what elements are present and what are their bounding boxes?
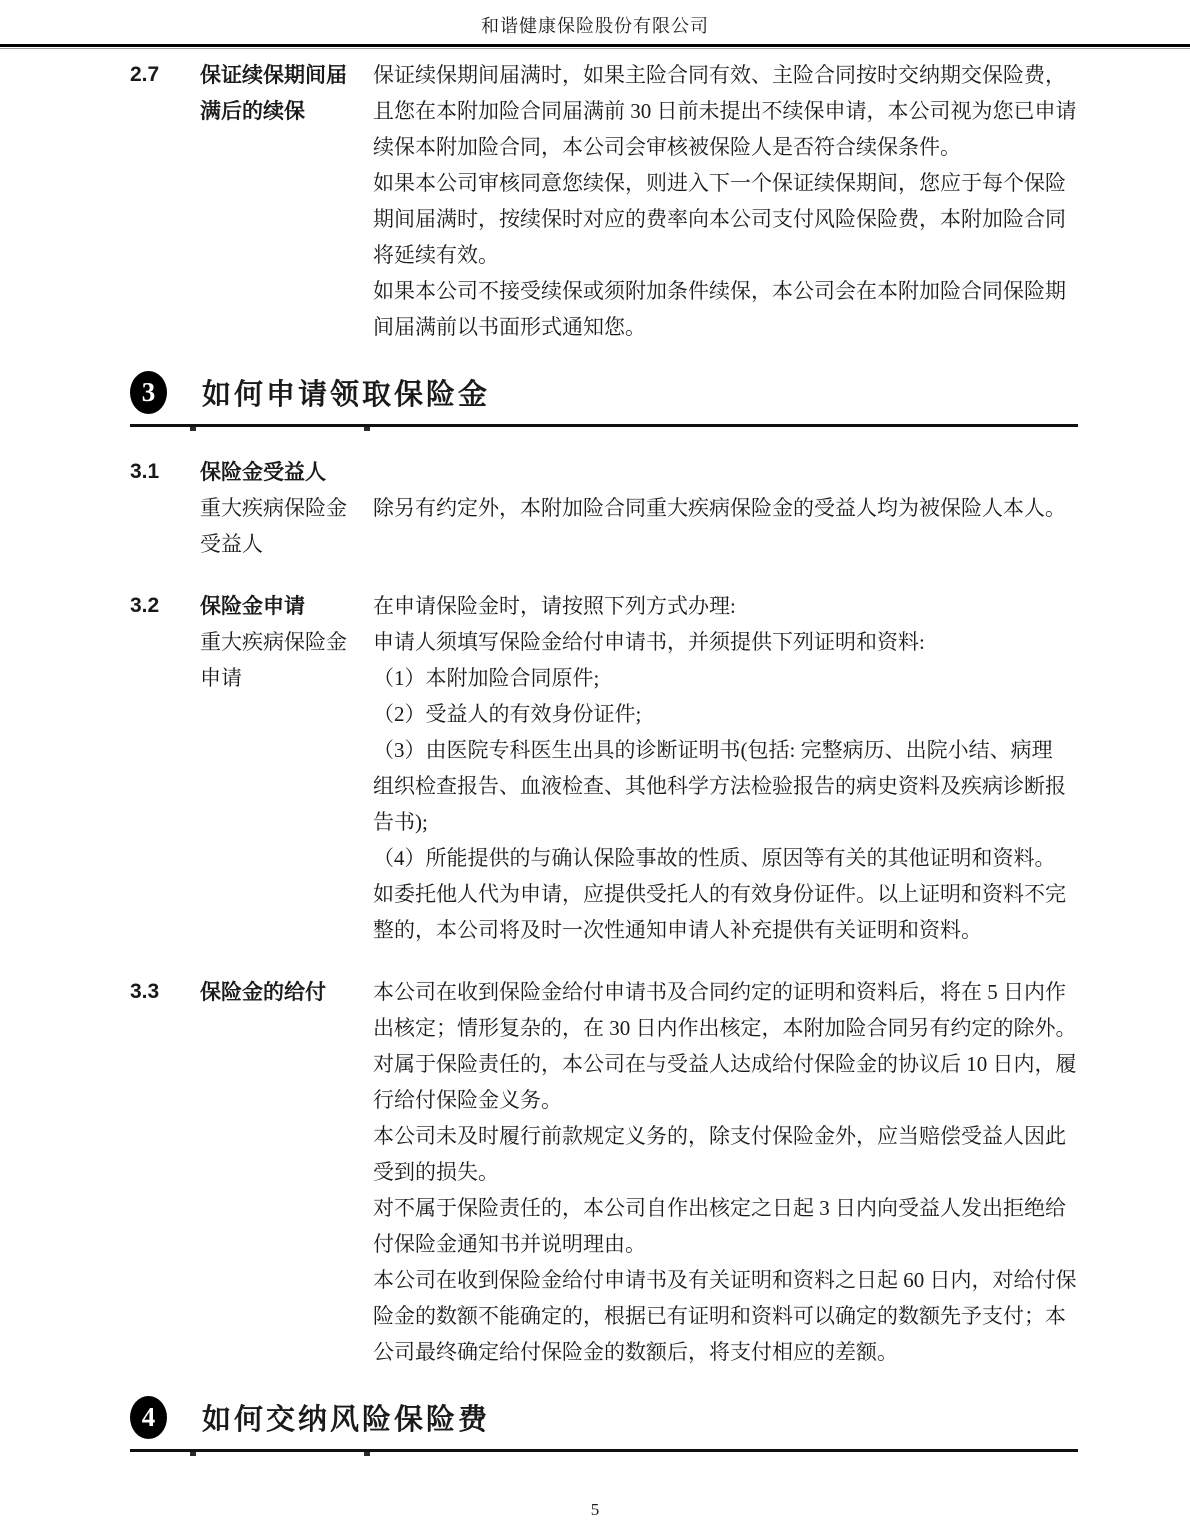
- page-header: 和谐健康保险股份有限公司: [0, 0, 1190, 49]
- clause-label: [200, 1118, 373, 1154]
- clause-number: [130, 804, 200, 840]
- clause-label: [200, 1298, 373, 1334]
- clause-text-line: 保证续保期间届满时，如果主险合同有效、主险合同按时交纳期交保险费，: [373, 57, 1078, 93]
- clause-text-line: 告书);: [373, 804, 1078, 840]
- clause-text-line: （4）所能提供的与确认保险事故的性质、原因等有关的其他证明和资料。: [373, 840, 1078, 876]
- clause-label: [200, 273, 373, 309]
- clause-number: [130, 1334, 200, 1370]
- clause-text-line: 险金的数额不能确定的，根据已有证明和资料可以确定的数额先予支付；本: [373, 1298, 1078, 1334]
- clause-text-line: 对属于保险责任的，本公司在与受益人达成给付保险金的协议后 10 日内，履: [373, 1046, 1078, 1082]
- clause-text-line: 本公司在收到保险金给付申请书及合同约定的证明和资料后，将在 5 日内作: [373, 974, 1078, 1010]
- clause-label: 受益人: [200, 526, 373, 562]
- clause-row: 2.7 保证续保期间届 保证续保期间届满时，如果主险合同有效、主险合同按时交纳期…: [130, 57, 1078, 93]
- clause-number: [130, 1298, 200, 1334]
- tab-stop-mark: [364, 427, 370, 431]
- clause-number: [130, 273, 200, 309]
- clause-label: [200, 1046, 373, 1082]
- clause-label: [200, 732, 373, 768]
- clause-label: [200, 840, 373, 876]
- clause-number: [130, 490, 200, 526]
- clause-row: 对不属于保险责任的，本公司自作出核定之日起 3 日内向受益人发出拒绝给: [130, 1190, 1078, 1226]
- clause-number: [130, 1262, 200, 1298]
- clause-text-line: 间届满前以书面形式通知您。: [373, 309, 1078, 345]
- clause-row: 申请 （1）本附加险合同原件;: [130, 660, 1078, 696]
- clause-row: 本公司未及时履行前款规定义务的，除支付保险金外，应当赔偿受益人因此: [130, 1118, 1078, 1154]
- clause-row: 3.1 保险金受益人: [130, 454, 1078, 490]
- section-number-badge: 3: [130, 371, 167, 414]
- section-title: 如何申请领取保险金: [202, 372, 490, 413]
- clause-number: [130, 1082, 200, 1118]
- page-footer: 5: [0, 1500, 1190, 1520]
- clause-number: [130, 840, 200, 876]
- clause-label: [200, 309, 373, 345]
- clause-text-line: 本公司未及时履行前款规定义务的，除支付保险金外，应当赔偿受益人因此: [373, 1118, 1078, 1154]
- clause-label: 保险金受益人: [200, 454, 373, 490]
- clause-text-line: 续保本附加险合同，本公司会审核被保险人是否符合续保条件。: [373, 129, 1078, 165]
- clause-row: 付保险金通知书并说明理由。: [130, 1226, 1078, 1262]
- section-number-badge: 4: [130, 1396, 167, 1439]
- clause-label: [200, 696, 373, 732]
- clause-text-line: 受到的损失。: [373, 1154, 1078, 1190]
- clause-number: [130, 1118, 200, 1154]
- clause-text-line: 如果本公司不接受续保或须附加条件续保，本公司会在本附加险合同保险期: [373, 273, 1078, 309]
- clause-number: [130, 93, 200, 129]
- clause-label: 申请: [200, 660, 373, 696]
- clause-row: 险金的数额不能确定的，根据已有证明和资料可以确定的数额先予支付；本: [130, 1298, 1078, 1334]
- clause-label: [200, 1082, 373, 1118]
- clause-row: 重大疾病保险金 申请人须填写保险金给付申请书，并须提供下列证明和资料:: [130, 624, 1078, 660]
- clause-row: 间届满前以书面形式通知您。: [130, 309, 1078, 345]
- clause-label: [200, 1154, 373, 1190]
- clause-label: [200, 804, 373, 840]
- clause-label: [200, 1190, 373, 1226]
- clause-number: [130, 660, 200, 696]
- clause-label: [200, 1334, 373, 1370]
- clause-text-line: 且您在本附加险合同届满前 30 日前未提出不续保申请，本公司视为您已申请: [373, 93, 1078, 129]
- clause-row: 3.3 保险金的给付 本公司在收到保险金给付申请书及合同约定的证明和资料后，将在…: [130, 974, 1078, 1010]
- clause-text-line: 对不属于保险责任的，本公司自作出核定之日起 3 日内向受益人发出拒绝给: [373, 1190, 1078, 1226]
- clause-label: [200, 876, 373, 912]
- clause-label: [200, 201, 373, 237]
- clause-label: 重大疾病保险金: [200, 490, 373, 526]
- clause-text-line: 本公司在收到保险金给付申请书及有关证明和资料之日起 60 日内，对给付保: [373, 1262, 1078, 1298]
- clause-text-line: 将延续有效。: [373, 237, 1078, 273]
- clause-text-line: 组织检查报告、血液检查、其他科学方法检验报告的病史资料及疾病诊断报: [373, 768, 1078, 804]
- tab-stop-mark: [190, 427, 196, 431]
- clause-label: [200, 768, 373, 804]
- clause-number: [130, 624, 200, 660]
- clause-row: 对属于保险责任的，本公司在与受益人达成给付保险金的协议后 10 日内，履: [130, 1046, 1078, 1082]
- clause-label: 重大疾病保险金: [200, 624, 373, 660]
- clause-number: [130, 696, 200, 732]
- clause-label: [200, 912, 373, 948]
- clause-row: 公司最终确定给付保险金的数额后，将支付相应的差额。: [130, 1334, 1078, 1370]
- tab-stop-mark: [364, 1452, 370, 1456]
- clause-text-line: 付保险金通知书并说明理由。: [373, 1226, 1078, 1262]
- clause-number: [130, 1226, 200, 1262]
- clause-2-7: 2.7 保证续保期间届 保证续保期间届满时，如果主险合同有效、主险合同按时交纳期…: [130, 57, 1078, 345]
- clause-row: 如果本公司不接受续保或须附加条件续保，本公司会在本附加险合同保险期: [130, 273, 1078, 309]
- clause-number: 3.2: [130, 588, 200, 624]
- clause-number: [130, 526, 200, 562]
- clause-text-line: 如果本公司审核同意您续保，则进入下一个保证续保期间，您应于每个保险: [373, 165, 1078, 201]
- section-heading-3: 3 如何申请领取保险金: [130, 371, 1078, 427]
- clause-label: 保险金申请: [200, 588, 373, 624]
- clause-row: 3.2 保险金申请 在申请保险金时，请按照下列方式办理:: [130, 588, 1078, 624]
- clause-number: [130, 165, 200, 201]
- clause-row: 行给付保险金义务。: [130, 1082, 1078, 1118]
- company-name: 和谐健康保险股份有限公司: [0, 12, 1190, 38]
- clause-label: [200, 1226, 373, 1262]
- tab-stop-mark: [190, 1452, 196, 1456]
- clause-3-3: 3.3 保险金的给付 本公司在收到保险金给付申请书及合同约定的证明和资料后，将在…: [130, 974, 1078, 1370]
- clause-number: [130, 876, 200, 912]
- clause-row: 整的，本公司将及时一次性通知申请人补充提供有关证明和资料。: [130, 912, 1078, 948]
- clause-number: [130, 912, 200, 948]
- clause-row: 如果本公司审核同意您续保，则进入下一个保证续保期间，您应于每个保险: [130, 165, 1078, 201]
- section-title: 如何交纳风险保险费: [202, 1397, 490, 1438]
- clause-row: （3）由医院专科医生出具的诊断证明书(包括: 完整病历、出院小结、病理: [130, 732, 1078, 768]
- clause-row: 本公司在收到保险金给付申请书及有关证明和资料之日起 60 日内，对给付保: [130, 1262, 1078, 1298]
- clause-text-line: [373, 454, 1078, 490]
- clause-label: 满后的续保: [200, 93, 373, 129]
- clause-text-line: 整的，本公司将及时一次性通知申请人补充提供有关证明和资料。: [373, 912, 1078, 948]
- clause-row: 满后的续保 且您在本附加险合同届满前 30 日前未提出不续保申请，本公司视为您已…: [130, 93, 1078, 129]
- clause-number: 3.1: [130, 454, 200, 490]
- clause-number: 3.3: [130, 974, 200, 1010]
- clause-text-line: （3）由医院专科医生出具的诊断证明书(包括: 完整病历、出院小结、病理: [373, 732, 1078, 768]
- clause-number: [130, 309, 200, 345]
- document-content: 2.7 保证续保期间届 保证续保期间届满时，如果主险合同有效、主险合同按时交纳期…: [0, 49, 1190, 1452]
- clause-number: [130, 732, 200, 768]
- clause-text-line: 如委托他人代为申请，应提供受托人的有效身份证件。以上证明和资料不完: [373, 876, 1078, 912]
- clause-label: [200, 165, 373, 201]
- clause-label: 保证续保期间届: [200, 57, 373, 93]
- clause-label: [200, 129, 373, 165]
- clause-text-line: （2）受益人的有效身份证件;: [373, 696, 1078, 732]
- clause-text-line: 出核定；情形复杂的，在 30 日内作出核定，本附加险合同另有约定的除外。: [373, 1010, 1078, 1046]
- clause-number: [130, 129, 200, 165]
- clause-row: 组织检查报告、血液检查、其他科学方法检验报告的病史资料及疾病诊断报: [130, 768, 1078, 804]
- clause-3-2: 3.2 保险金申请 在申请保险金时，请按照下列方式办理: 重大疾病保险金 申请人…: [130, 588, 1078, 948]
- clause-text-line: 在申请保险金时，请按照下列方式办理:: [373, 588, 1078, 624]
- clause-text-line: 行给付保险金义务。: [373, 1082, 1078, 1118]
- clause-row: 重大疾病保险金 除另有约定外，本附加险合同重大疾病保险金的受益人均为被保险人本人…: [130, 490, 1078, 526]
- clause-row: 受益人: [130, 526, 1078, 562]
- clause-number: 2.7: [130, 57, 200, 93]
- clause-number: [130, 237, 200, 273]
- clause-label: [200, 1010, 373, 1046]
- clause-number: [130, 1046, 200, 1082]
- clause-row: 受到的损失。: [130, 1154, 1078, 1190]
- clause-3-1: 3.1 保险金受益人 重大疾病保险金 除另有约定外，本附加险合同重大疾病保险金的…: [130, 454, 1078, 562]
- clause-number: [130, 1190, 200, 1226]
- clause-row: 如委托他人代为申请，应提供受托人的有效身份证件。以上证明和资料不完: [130, 876, 1078, 912]
- clause-number: [130, 1010, 200, 1046]
- clause-label: [200, 1262, 373, 1298]
- clause-text-line: 期间届满时，按续保时对应的费率向本公司支付风险保险费，本附加险合同: [373, 201, 1078, 237]
- clause-row: 续保本附加险合同，本公司会审核被保险人是否符合续保条件。: [130, 129, 1078, 165]
- clause-text-line: 申请人须填写保险金给付申请书，并须提供下列证明和资料:: [373, 624, 1078, 660]
- header-rule-thick-line: [0, 44, 1190, 47]
- clause-number: [130, 201, 200, 237]
- clause-number: [130, 768, 200, 804]
- section-heading-4: 4 如何交纳风险保险费: [130, 1396, 1078, 1452]
- clause-row: 告书);: [130, 804, 1078, 840]
- clause-label: 保险金的给付: [200, 974, 373, 1010]
- clause-row: 将延续有效。: [130, 237, 1078, 273]
- clause-row: （2）受益人的有效身份证件;: [130, 696, 1078, 732]
- clause-row: 期间届满时，按续保时对应的费率向本公司支付风险保险费，本附加险合同: [130, 201, 1078, 237]
- page-number: 5: [591, 1500, 600, 1519]
- clause-row: 出核定；情形复杂的，在 30 日内作出核定，本附加险合同另有约定的除外。: [130, 1010, 1078, 1046]
- clause-label: [200, 237, 373, 273]
- clause-row: （4）所能提供的与确认保险事故的性质、原因等有关的其他证明和资料。: [130, 840, 1078, 876]
- clause-text-line: 公司最终确定给付保险金的数额后，将支付相应的差额。: [373, 1334, 1078, 1370]
- clause-text-line: 除另有约定外，本附加险合同重大疾病保险金的受益人均为被保险人本人。: [373, 490, 1078, 526]
- clause-text-line: （1）本附加险合同原件;: [373, 660, 1078, 696]
- clause-number: [130, 1154, 200, 1190]
- document-page: 和谐健康保险股份有限公司 2.7 保证续保期间届 保证续保期间届满时，如果主险合…: [0, 0, 1190, 1534]
- clause-text-line: [373, 526, 1078, 562]
